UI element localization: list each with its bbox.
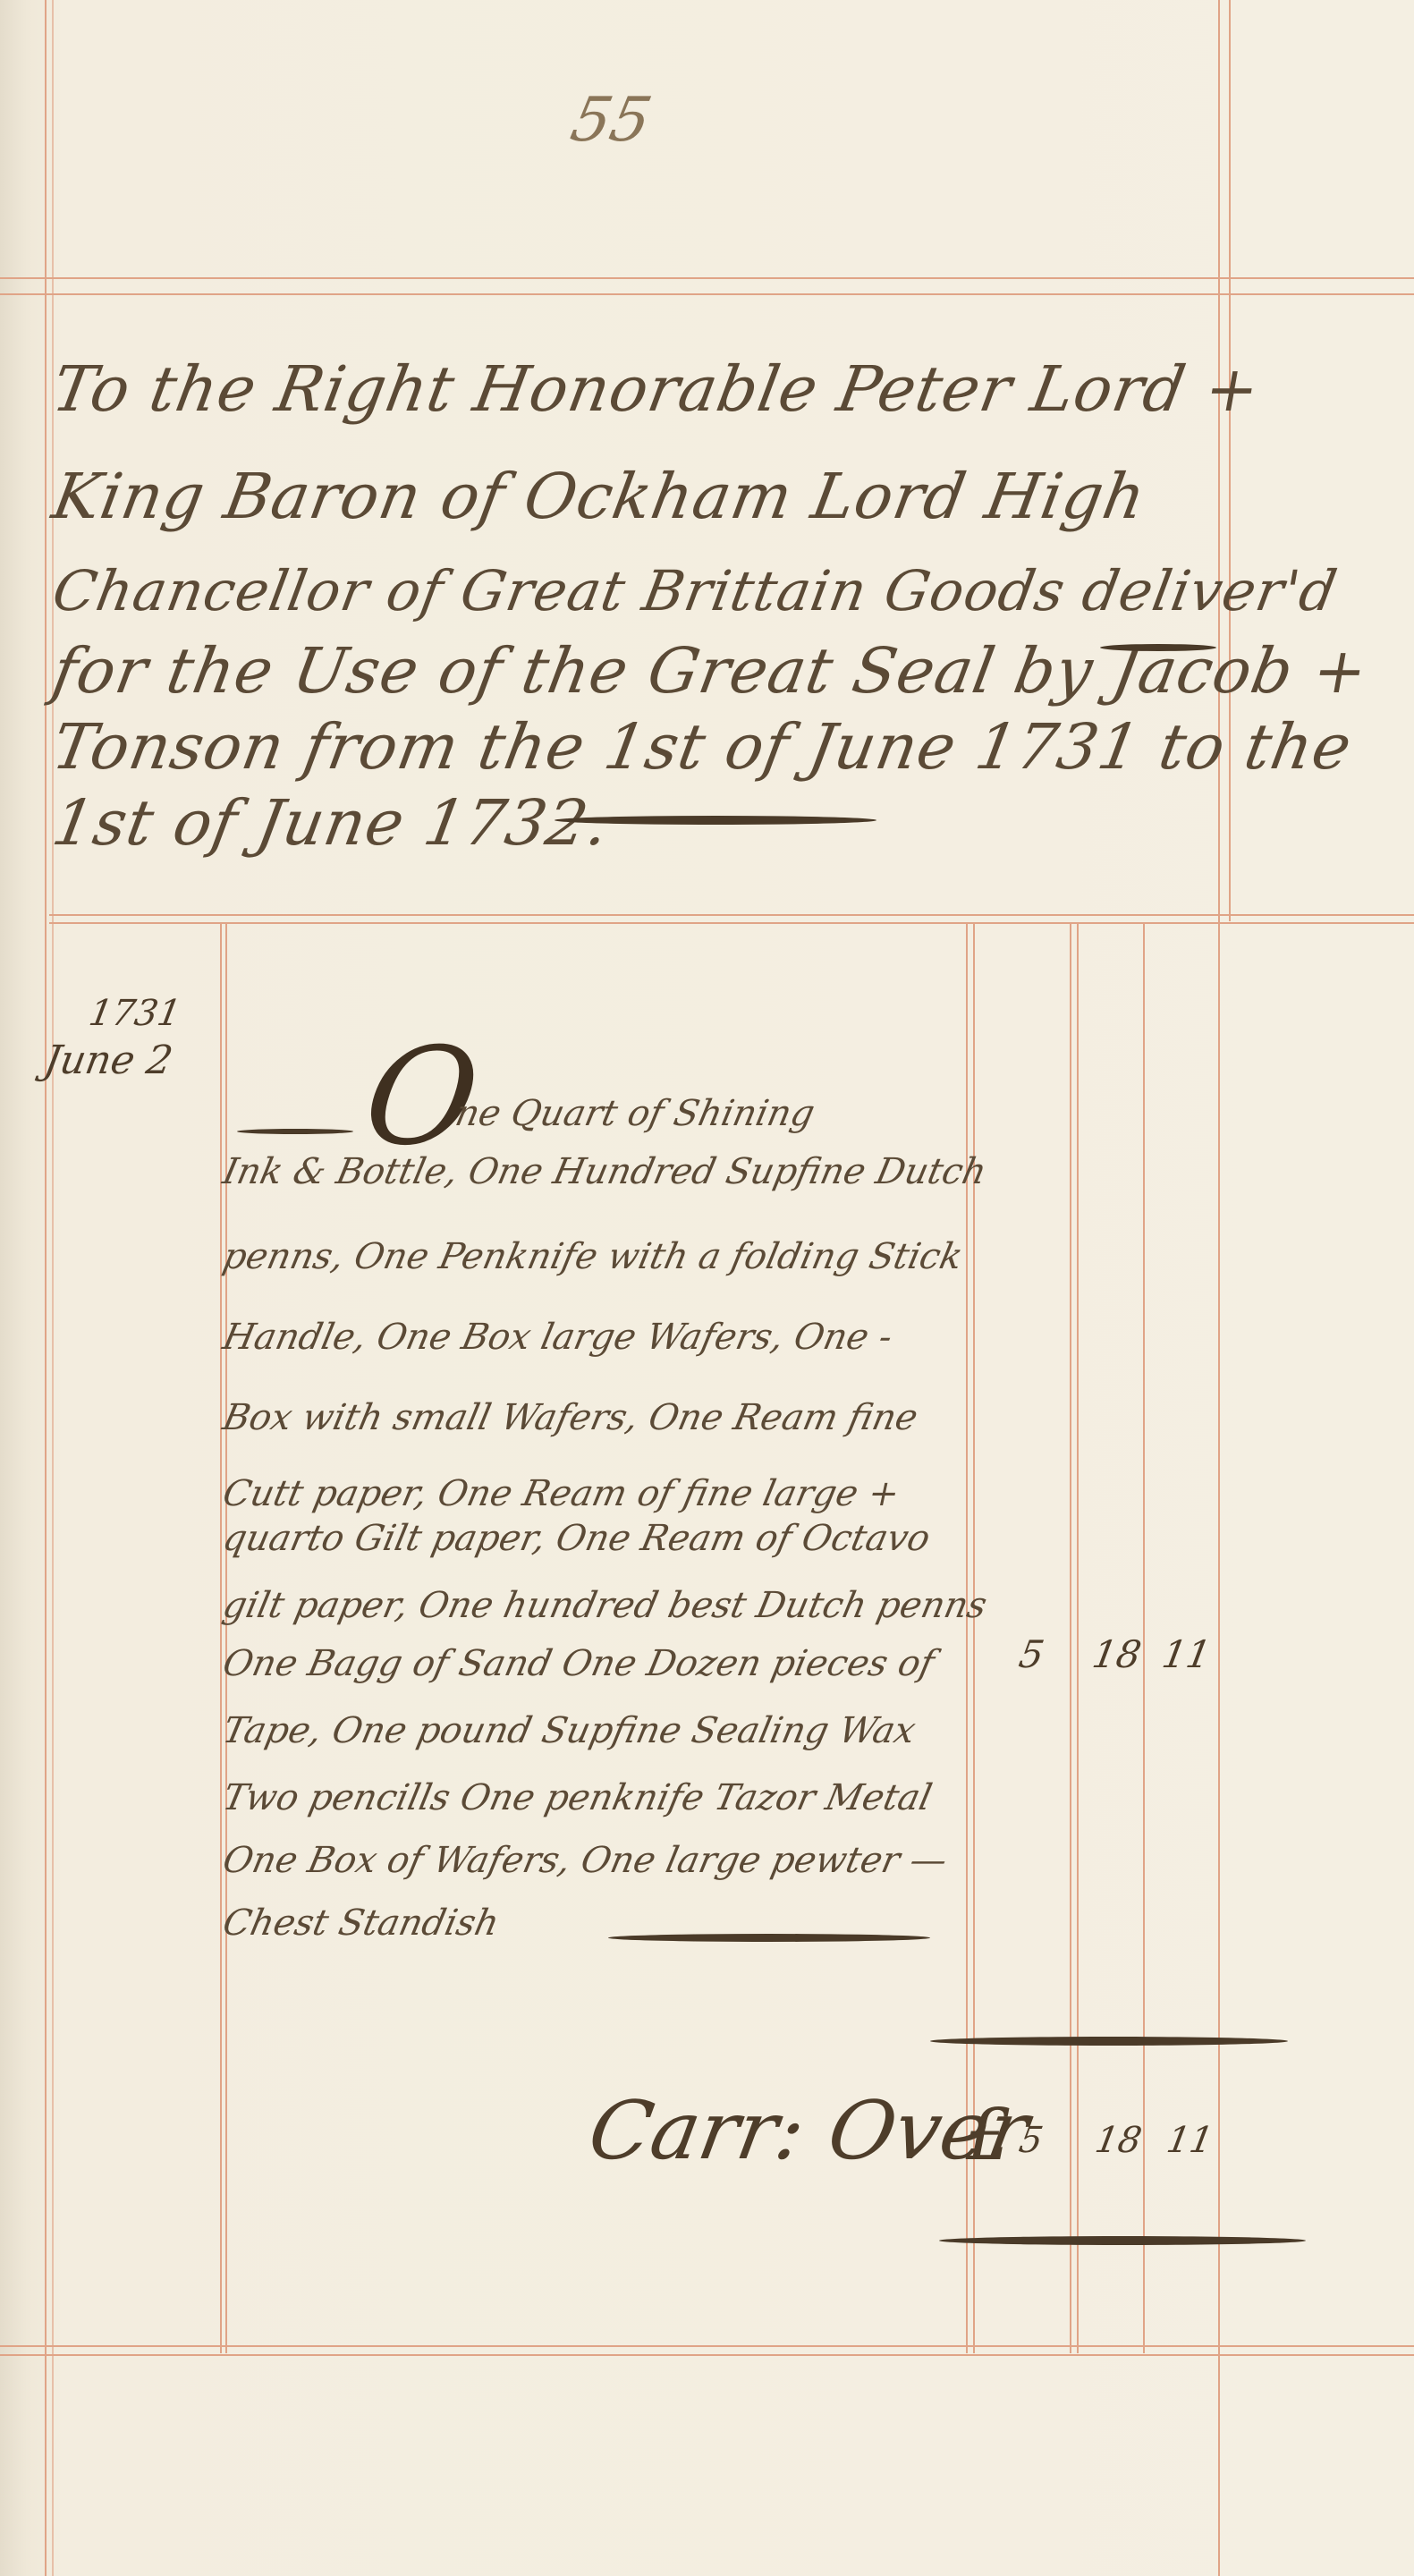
footer-rule: [0, 2345, 1414, 2347]
shillings-column-rule: [1070, 922, 1071, 2353]
entry-line: Chest Standish: [220, 1905, 503, 1941]
entry-line: Cutt paper, One Ream of fine large +: [220, 1476, 903, 1512]
heading-line: To the Right Honorable Peter Lord +: [48, 358, 1265, 420]
header-bottom-rule-2: [49, 922, 1414, 924]
heading-flourish: [555, 816, 876, 825]
carry-over-pence: 11: [1164, 2120, 1216, 2161]
page-number: 55: [565, 85, 657, 156]
heading-line: Tonson from the 1st of June 1731 to the: [48, 716, 1357, 778]
heading-flourish: [1100, 644, 1216, 651]
entry-line: penns, One Penknife with a folding Stick: [220, 1239, 966, 1275]
left-margin-rule: [45, 0, 47, 2576]
entry-line: ne Quart of Shining: [453, 1096, 817, 1131]
carry-over-shillings: 18: [1092, 2120, 1145, 2161]
total-bottom-flourish: [939, 2236, 1306, 2245]
total-top-flourish: [930, 2037, 1288, 2046]
entry-amount-pence: 11: [1159, 1632, 1215, 1676]
entry-amount-pounds: 5: [1016, 1632, 1047, 1676]
lead-flourish: [237, 1129, 353, 1134]
shillings-column-rule-2: [1077, 922, 1079, 2353]
footer-rule-2: [0, 2354, 1414, 2356]
entry-end-flourish: [608, 1934, 930, 1942]
entry-line: Box with small Wafers, One Ream fine: [220, 1400, 921, 1436]
entry-line: Handle, One Box large Wafers, One -: [220, 1319, 895, 1355]
date-column-rule: [220, 922, 222, 2353]
heading-line: 1st of June 1732.: [48, 792, 614, 854]
entry-line: One Box of Wafers, One large pewter —: [220, 1843, 951, 1878]
entry-line: Ink & Bottle, One Hundred Supfine Dutch: [220, 1154, 990, 1190]
entry-line: Tape, One pound Supfine Sealing Wax: [220, 1713, 919, 1749]
header-bottom-rule: [49, 914, 1414, 916]
entry-date-day: June 2: [41, 1038, 176, 1083]
date-column-rule-2: [225, 922, 227, 2353]
entry-line: gilt paper, One hundred best Dutch penns: [220, 1588, 990, 1623]
heading-line: Chancellor of Great Brittain Goods deliv…: [49, 563, 1342, 619]
header-top-rule-2: [0, 293, 1414, 295]
heading-line: King Baron of Ockham Lord High: [48, 465, 1151, 528]
entry-amount-shillings: 18: [1089, 1632, 1145, 1676]
entry-line: Two pencills One penknife Tazor Metal: [220, 1780, 936, 1816]
entry-line: quarto Gilt paper, One Ream of Octavo: [220, 1521, 934, 1556]
header-top-rule: [0, 277, 1414, 279]
currency-symbol: £: [966, 2093, 1012, 2176]
entry-line: One Bagg of Sand One Dozen pieces of: [220, 1646, 937, 1682]
entry-date-year: 1731: [86, 993, 184, 1034]
